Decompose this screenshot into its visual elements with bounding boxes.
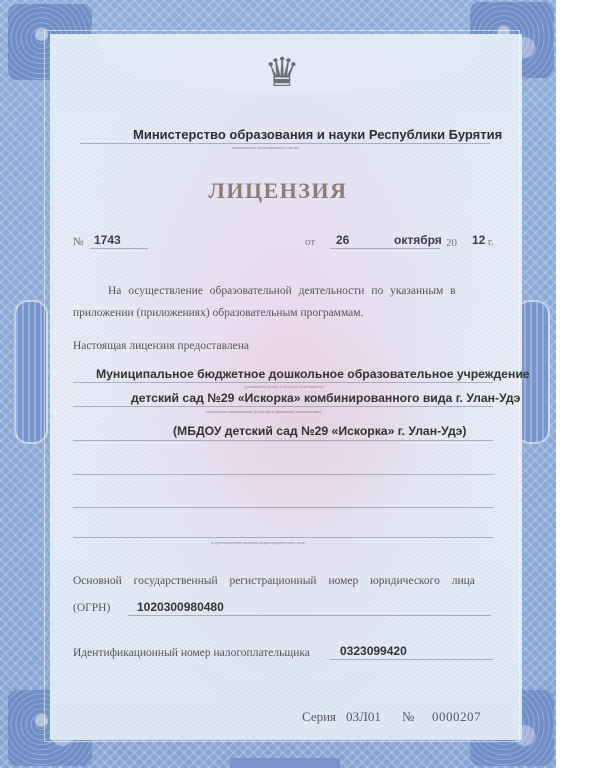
issuer-name: Министерство образования и науки Республ… — [133, 127, 502, 142]
frame-bottom-tab — [230, 758, 340, 768]
date-year-prefix: 20 — [446, 237, 457, 249]
number-underline — [90, 248, 148, 249]
org-form-caption: и организационно-правовая форма юридичес… — [211, 540, 306, 545]
org-underline-4 — [73, 474, 493, 475]
document-title: ЛИЦЕНЗИЯ — [0, 178, 556, 204]
number-prefix: № — [73, 236, 84, 248]
purpose-line-2: приложении (приложениях) образовательным… — [73, 307, 363, 319]
ogrn-underline — [128, 615, 491, 616]
license-document: ♛ Министерство образования и науки Респу… — [0, 0, 556, 768]
inn-underline — [330, 659, 493, 660]
serial-number-value: 0000207 — [432, 709, 481, 725]
org-caption-1: (указывается полное и (в случае если име… — [244, 384, 324, 389]
license-number: 1743 — [94, 233, 121, 247]
issuer-caption: наименование лицензирующего органа — [232, 145, 299, 150]
series-value: 03Л01 — [346, 709, 381, 725]
org-underline-6 — [73, 537, 493, 538]
org-underline-1 — [73, 382, 493, 383]
date-prefix: от — [305, 236, 315, 248]
org-caption-2: сокращенное наименование (в том числе фи… — [205, 409, 322, 414]
date-year-unit: г. — [488, 237, 493, 248]
granted-to-label: Настоящая лицензия предоставлена — [73, 340, 249, 352]
purpose-line-1: На осуществление образовательной деятель… — [108, 285, 456, 297]
date-day: 26 — [336, 233, 349, 247]
date-year: 12 — [472, 233, 485, 247]
org-short-name: (МБДОУ детский сад №29 «Искорка» г. Улан… — [173, 424, 466, 438]
coat-of-arms-icon: ♛ — [260, 48, 304, 98]
series-label: Серия — [302, 709, 336, 725]
ogrn-value: 1020300980480 — [137, 600, 224, 614]
serial-number-label: № — [402, 709, 414, 725]
issuer-underline — [80, 143, 490, 144]
org-underline-5 — [73, 507, 493, 508]
date-underline — [330, 248, 440, 249]
org-name-line-2: детский сад №29 «Искорка» комбинированно… — [131, 391, 520, 405]
knot-ornament-icon — [14, 300, 48, 444]
inn-label: Идентификационный номер налогоплательщик… — [73, 647, 310, 659]
date-month: октября — [394, 233, 442, 247]
org-name-line-1: Муниципальное бюджетное дошкольное образ… — [96, 367, 530, 381]
org-underline-2 — [73, 406, 493, 407]
ogrn-label-line-1: Основной государственный регистрационный… — [73, 575, 475, 587]
ogrn-label-line-2: (ОГРН) — [73, 602, 110, 614]
inn-value: 0323099420 — [340, 644, 407, 658]
org-underline-3 — [73, 440, 493, 441]
